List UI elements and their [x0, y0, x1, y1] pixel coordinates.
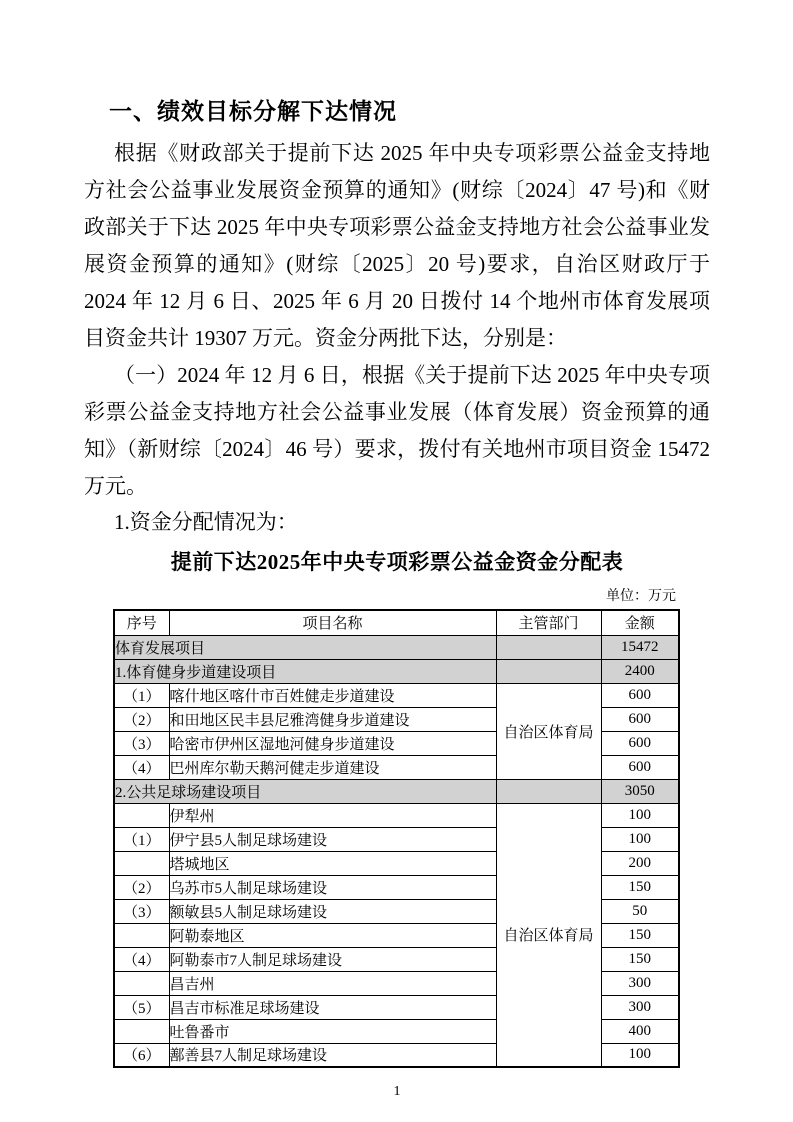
page-number: 1 — [84, 1084, 710, 1100]
amount-cell: 150 — [601, 875, 679, 899]
table-item-row: 伊犁州自治区体育局100 — [114, 803, 679, 827]
department-cell — [496, 779, 601, 803]
column-header-project: 项目名称 — [169, 610, 496, 635]
table-header-row: 序号 项目名称 主管部门 金额 — [114, 610, 679, 635]
column-header-amount: 金额 — [601, 610, 679, 635]
amount-cell: 100 — [601, 803, 679, 827]
project-name-cell: 吐鲁番市 — [169, 1019, 496, 1043]
serial-cell: （3） — [114, 899, 169, 923]
section-heading: 一、绩效目标分解下达情况 — [84, 97, 710, 127]
project-name-cell: 伊宁县5人制足球场建设 — [169, 827, 496, 851]
project-name-cell: 1.体育健身步道建设项目 — [114, 659, 496, 683]
project-name-cell: 乌苏市5人制足球场建设 — [169, 875, 496, 899]
amount-cell: 600 — [601, 731, 679, 755]
paragraph-first-batch: （一）2024 年 12 月 6 日，根据《关于提前下达 2025 年中央专项彩… — [84, 357, 710, 505]
serial-cell — [114, 1019, 169, 1043]
allocation-table: 序号 项目名称 主管部门 金额 体育发展项目154721.体育健身步道建设项目2… — [113, 609, 680, 1068]
project-name-cell: 和田地区民丰县尼雅湾健身步道建设 — [169, 707, 496, 731]
serial-cell: （1） — [114, 827, 169, 851]
amount-cell: 400 — [601, 1019, 679, 1043]
project-name-cell: 巴州库尔勒天鹅河健走步道建设 — [169, 755, 496, 779]
project-name-cell: 昌吉州 — [169, 971, 496, 995]
department-cell — [496, 635, 601, 659]
project-name-cell: 塔城地区 — [169, 851, 496, 875]
serial-cell — [114, 971, 169, 995]
amount-cell: 150 — [601, 947, 679, 971]
amount-cell: 600 — [601, 707, 679, 731]
project-name-cell: 体育发展项目 — [114, 635, 496, 659]
amount-cell: 300 — [601, 995, 679, 1019]
column-header-department: 主管部门 — [496, 610, 601, 635]
table-unit-label: 单位：万元 — [113, 585, 678, 605]
paragraph-funding-overview: 根据《财政部关于提前下达 2025 年中央专项彩票公益金支持地方社会公益事业发展… — [84, 135, 710, 357]
amount-cell: 150 — [601, 923, 679, 947]
amount-cell: 600 — [601, 755, 679, 779]
project-name-cell: 阿勒泰市7人制足球场建设 — [169, 947, 496, 971]
project-name-cell: 昌吉市标准足球场建设 — [169, 995, 496, 1019]
table-item-row: （1）喀什地区喀什市百姓健走步道建设自治区体育局600 — [114, 683, 679, 707]
serial-cell: （4） — [114, 755, 169, 779]
department-cell: 自治区体育局 — [496, 683, 601, 779]
amount-cell: 3050 — [601, 779, 679, 803]
serial-cell: （2） — [114, 707, 169, 731]
serial-cell — [114, 851, 169, 875]
amount-cell: 200 — [601, 851, 679, 875]
amount-cell: 600 — [601, 683, 679, 707]
amount-cell: 2400 — [601, 659, 679, 683]
amount-cell: 15472 — [601, 635, 679, 659]
table-section-row: 2.公共足球场建设项目3050 — [114, 779, 679, 803]
serial-cell: （1） — [114, 683, 169, 707]
table-section-row: 1.体育健身步道建设项目2400 — [114, 659, 679, 683]
project-name-cell: 2.公共足球场建设项目 — [114, 779, 496, 803]
department-cell — [496, 659, 601, 683]
serial-cell — [114, 803, 169, 827]
document-page: 一、绩效目标分解下达情况 根据《财政部关于提前下达 2025 年中央专项彩票公益… — [0, 0, 793, 1122]
project-name-cell: 额敏县5人制足球场建设 — [169, 899, 496, 923]
project-name-cell: 鄯善县7人制足球场建设 — [169, 1043, 496, 1067]
department-cell: 自治区体育局 — [496, 803, 601, 1067]
table-title: 提前下达2025年中央专项彩票公益金资金分配表 — [84, 546, 710, 576]
amount-cell: 100 — [601, 1043, 679, 1067]
amount-cell: 50 — [601, 899, 679, 923]
serial-cell: （3） — [114, 731, 169, 755]
amount-cell: 100 — [601, 827, 679, 851]
project-name-cell: 哈密市伊州区湿地河健身步道建设 — [169, 731, 496, 755]
project-name-cell: 伊犁州 — [169, 803, 496, 827]
serial-cell: （4） — [114, 947, 169, 971]
paragraph-allocation-intro: 1.资金分配情况为： — [84, 505, 710, 539]
column-header-serial: 序号 — [114, 610, 169, 635]
serial-cell — [114, 923, 169, 947]
serial-cell: （5） — [114, 995, 169, 1019]
serial-cell: （6） — [114, 1043, 169, 1067]
project-name-cell: 阿勒泰地区 — [169, 923, 496, 947]
table-total-row: 体育发展项目15472 — [114, 635, 679, 659]
table-container: 单位：万元 序号 项目名称 主管部门 金额 体育发展项目154721.体育健身步… — [113, 585, 678, 1068]
project-name-cell: 喀什地区喀什市百姓健走步道建设 — [169, 683, 496, 707]
serial-cell: （2） — [114, 875, 169, 899]
amount-cell: 300 — [601, 971, 679, 995]
